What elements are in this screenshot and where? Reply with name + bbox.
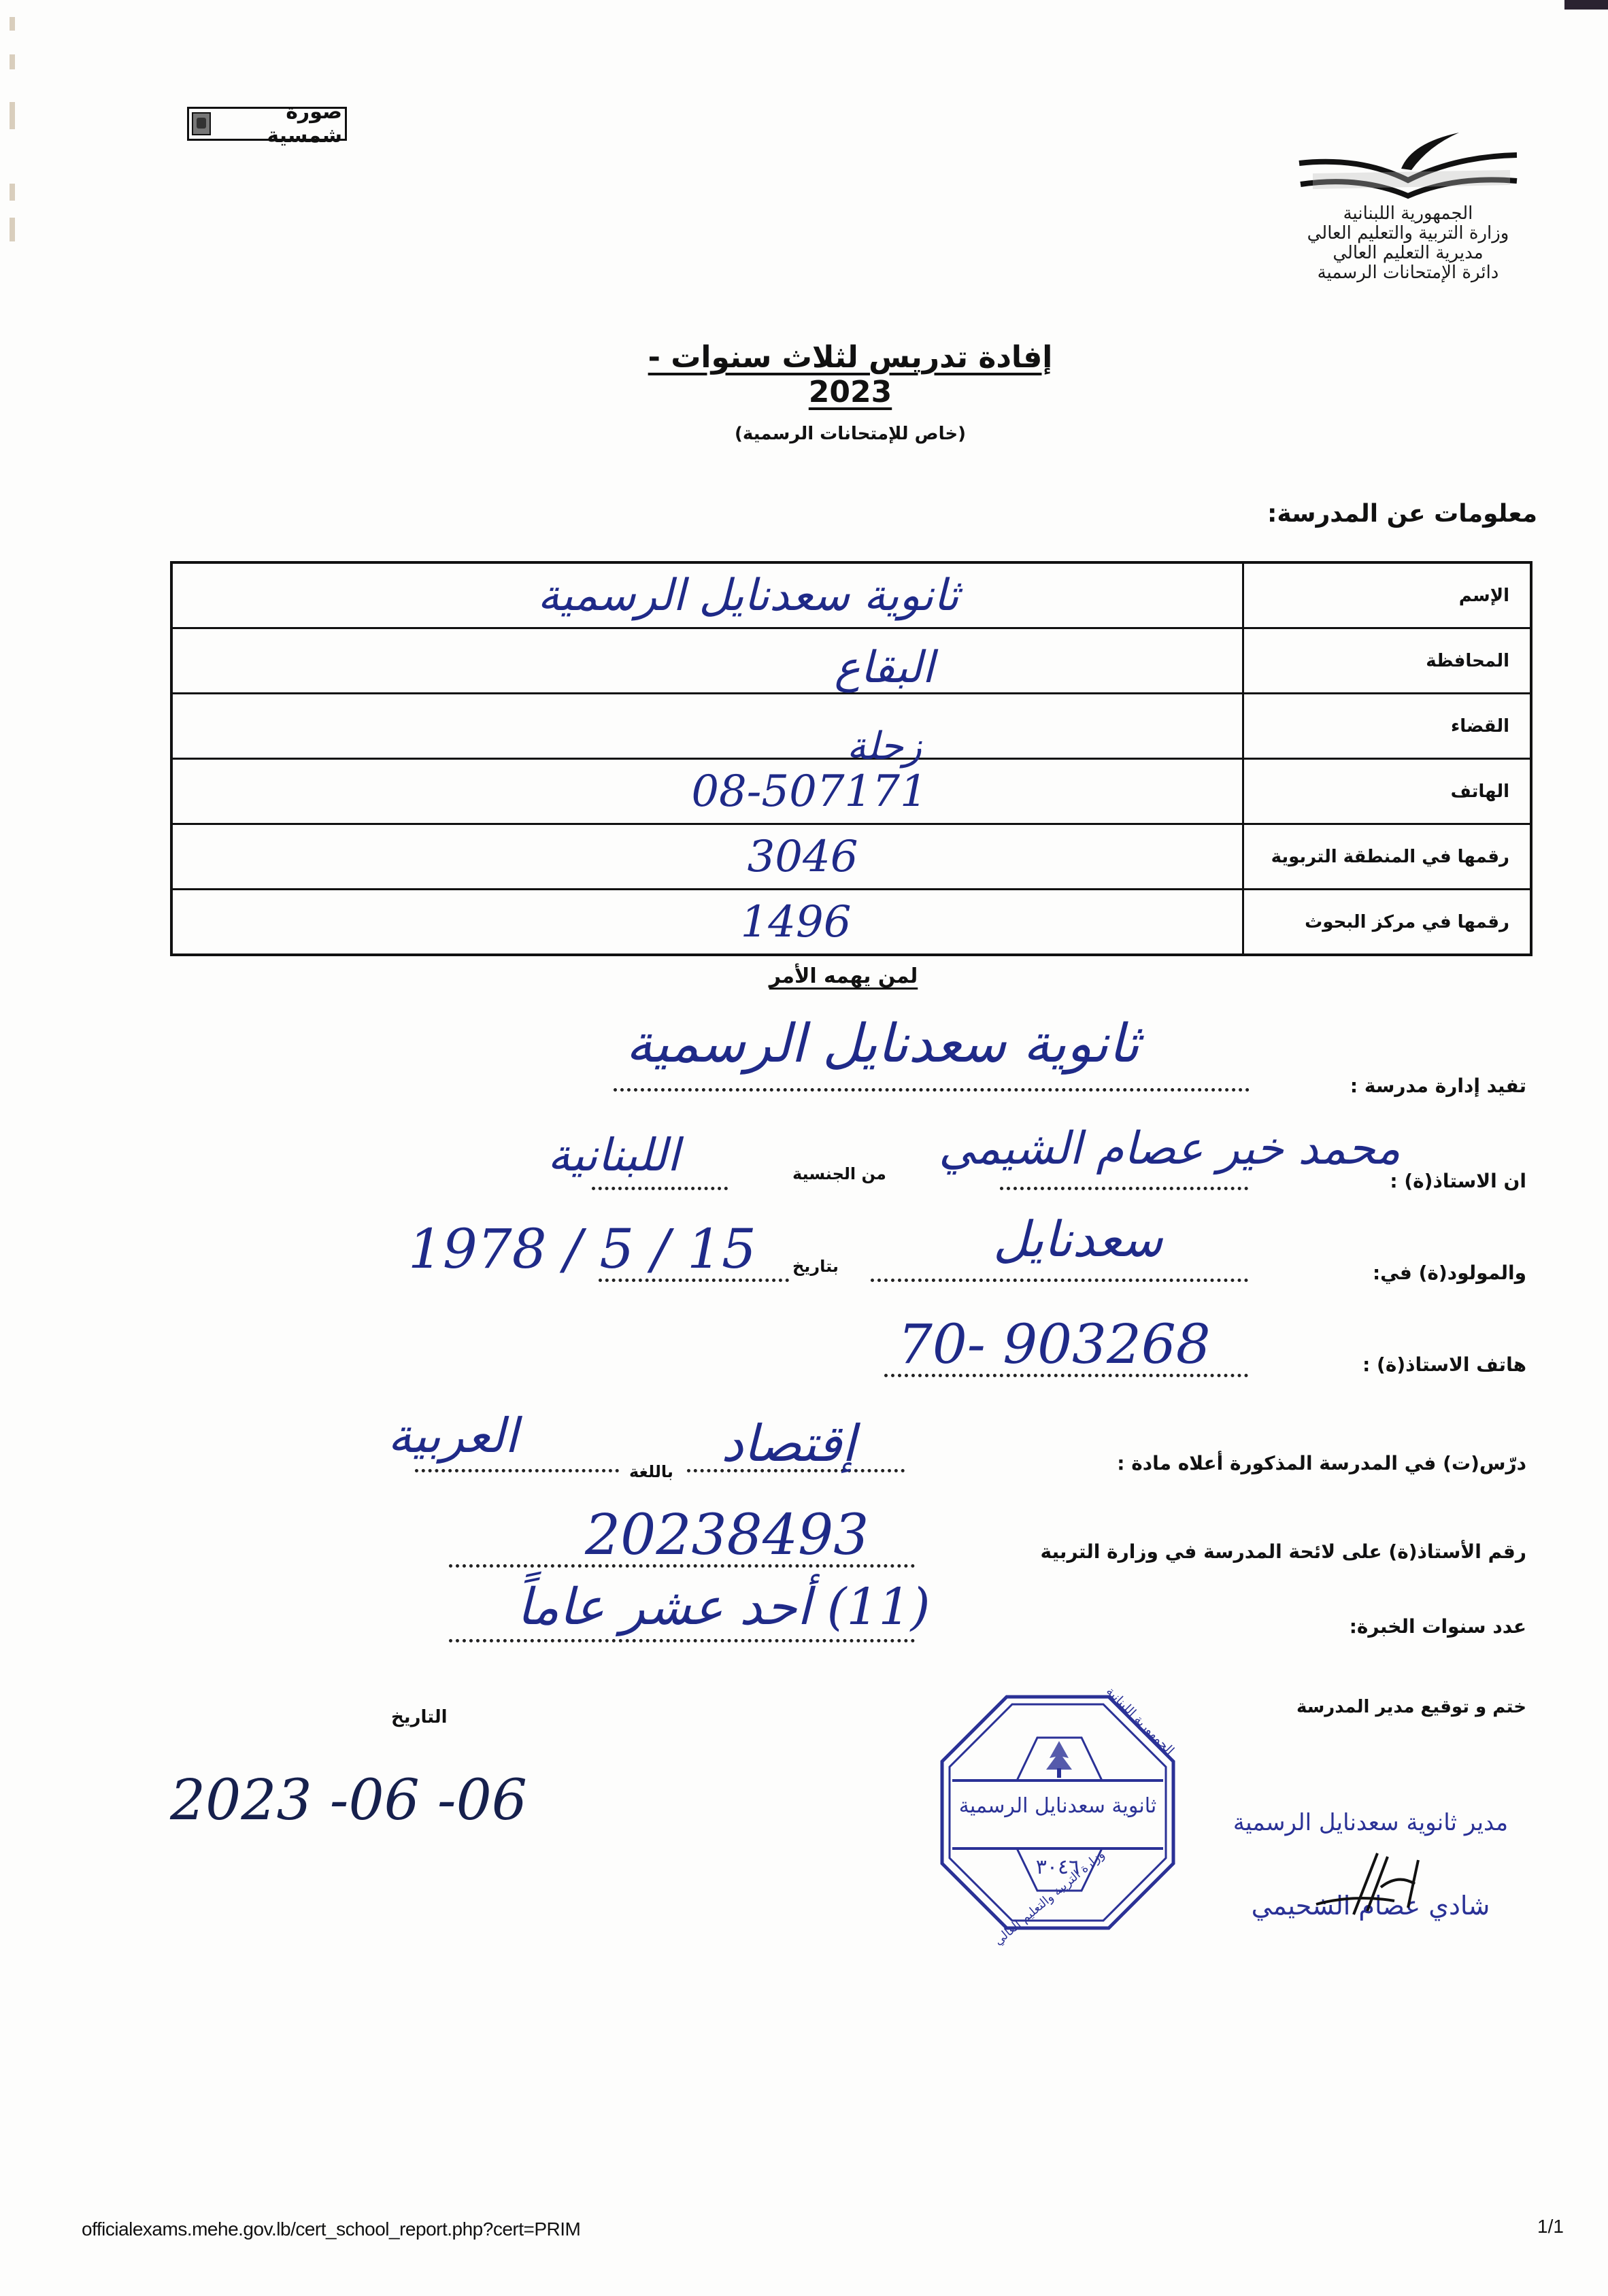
nationality-dotted-line — [592, 1187, 728, 1190]
teacher-name-dotted-line — [1000, 1187, 1248, 1190]
edu-zone-number-label: رقمها في المنطقة التربوية — [1243, 824, 1532, 890]
birth-place-dotted-line — [871, 1279, 1248, 1282]
research-center-number-value-cell: 1496 — [171, 890, 1243, 956]
table-row: البقاع المحافظة — [171, 628, 1531, 694]
document-subtitle: (خاص للإمتحانات الرسمية) — [680, 424, 1020, 444]
date-label: التاريخ — [391, 1707, 448, 1727]
language-dotted-line — [415, 1469, 619, 1472]
table-row: 1496 رقمها في مركز البحوث — [171, 890, 1531, 956]
teacher-number-label: رقم الأستاذ(ة) على لائحة المدرسة في وزار… — [1041, 1540, 1526, 1563]
language-value: العربية — [388, 1408, 518, 1464]
footer-source-url: officialexams.mehe.gov.lb/cert_school_re… — [82, 2218, 580, 2240]
director-title: مدير ثانوية سعدنايل الرسمية — [1211, 1809, 1530, 1836]
table-row: 08-507171 الهاتف — [171, 759, 1531, 824]
date-value: 2023 -06 -06 — [170, 1768, 527, 1833]
language-label: باللغة — [629, 1462, 673, 1481]
governorate-value-cell: البقاع — [171, 628, 1243, 694]
ministry-book-logo-icon — [1292, 129, 1524, 204]
subject-label: درّس(ت) في المدرسة المذكورة أعلاه مادة : — [1117, 1452, 1526, 1474]
school-official-stamp: ثانوية سعدنايل الرسمية ٣٠٤٦ الجمهورية ال… — [939, 1693, 1177, 1931]
stamp-school-name: ثانوية سعدنايل الرسمية — [952, 1794, 1163, 1818]
cedar-icon — [1046, 1741, 1072, 1770]
to-whom-it-may-concern-heading: لمن يهمه الأمر — [721, 964, 966, 988]
edu-zone-number-value: 3046 — [748, 832, 858, 882]
school-name-value-cell: ثانوية سعدنايل الرسمية — [171, 562, 1243, 628]
school-name-value: ثانوية سعدنايل الرسمية — [537, 571, 959, 621]
experience-years-label: عدد سنوات الخبرة: — [1350, 1615, 1526, 1638]
footer-page-number: 1/1 — [1537, 2216, 1564, 2238]
school-admin-dotted-line — [614, 1088, 1250, 1092]
edu-zone-number-value-cell: 3046 — [171, 824, 1243, 890]
nationality-value: اللبنانية — [548, 1129, 680, 1181]
research-center-number-value: 1496 — [741, 897, 852, 947]
ministry-header: الجمهورية اللبنانية وزارة التربية والتعل… — [1272, 204, 1544, 283]
school-phone-value: 08-507171 — [691, 766, 927, 817]
country-name: الجمهورية اللبنانية — [1272, 204, 1544, 224]
experience-years-value: (11) أحد عشر عاماً — [517, 1578, 931, 1636]
birth-place-value: سعدنايل — [993, 1211, 1162, 1268]
school-stamp-signature-label: ختم و توقيع مدير المدرسة — [1296, 1697, 1526, 1717]
school-admin-label: تفيد إدارة مدرسة : — [1350, 1075, 1526, 1097]
department-name: دائرة الإمتحانات الرسمية — [1272, 263, 1544, 283]
scan-edge-marks — [0, 0, 27, 612]
governorate-value: البقاع — [835, 643, 935, 693]
school-info-heading: معلومات عن المدرسة: — [1156, 500, 1537, 528]
scan-corner-mark — [1564, 0, 1608, 10]
experience-years-dotted-line — [449, 1639, 915, 1642]
teacher-label: ان الاستاذ(ة) : — [1390, 1170, 1526, 1192]
nationality-label: من الجنسية — [792, 1164, 886, 1183]
subject-value: إقتصاد — [721, 1415, 856, 1473]
director-signature-block: مدير ثانوية سعدنايل الرسمية شادي عصام ال… — [1211, 1809, 1530, 1921]
phone-value-cell: 08-507171 — [171, 759, 1243, 824]
school-admin-value: ثانوية سعدنايل الرسمية — [626, 1013, 1139, 1075]
directorate-name: مديرية التعليم العالي — [1272, 243, 1544, 263]
teacher-number-value: 20238493 — [585, 1503, 869, 1568]
research-center-number-label: رقمها في مركز البحوث — [1243, 890, 1532, 956]
photo-label: صورة شمسية — [214, 100, 342, 148]
document-title: إفادة تدريس لثلاث سنوات - 2023 — [612, 340, 1088, 409]
table-row: ثانوية سعدنايل الرسمية الإسم — [171, 562, 1531, 628]
teacher-phone-value: 70- 903268 — [898, 1313, 1211, 1376]
signature-scribble-icon — [1313, 1846, 1422, 1921]
table-row: زحلة القضاء — [171, 694, 1531, 759]
table-row: 3046 رقمها في المنطقة التربوية — [171, 824, 1531, 890]
district-value-cell: زحلة — [171, 694, 1243, 759]
birth-date-value: 1978 / 5 / 15 — [408, 1217, 756, 1281]
governorate-label: المحافظة — [1243, 628, 1532, 694]
school-name-label: الإسم — [1243, 562, 1532, 628]
birth-date-label: بتاريخ — [792, 1257, 839, 1276]
ministry-name: وزارة التربية والتعليم العالي — [1272, 224, 1544, 243]
photo-icon — [192, 112, 211, 135]
birth-place-label: والمولود(ة) في: — [1373, 1262, 1526, 1284]
district-label: القضاء — [1243, 694, 1532, 759]
school-info-table: ثانوية سعدنايل الرسمية الإسم البقاع المح… — [170, 561, 1532, 956]
photo-placeholder-box: صورة شمسية — [187, 107, 347, 141]
teacher-name-value: محمد خير عصام الشيمي — [939, 1122, 1401, 1175]
phone-label: الهاتف — [1243, 759, 1532, 824]
teacher-phone-label: هاتف الاستاذ(ة) : — [1362, 1353, 1526, 1376]
